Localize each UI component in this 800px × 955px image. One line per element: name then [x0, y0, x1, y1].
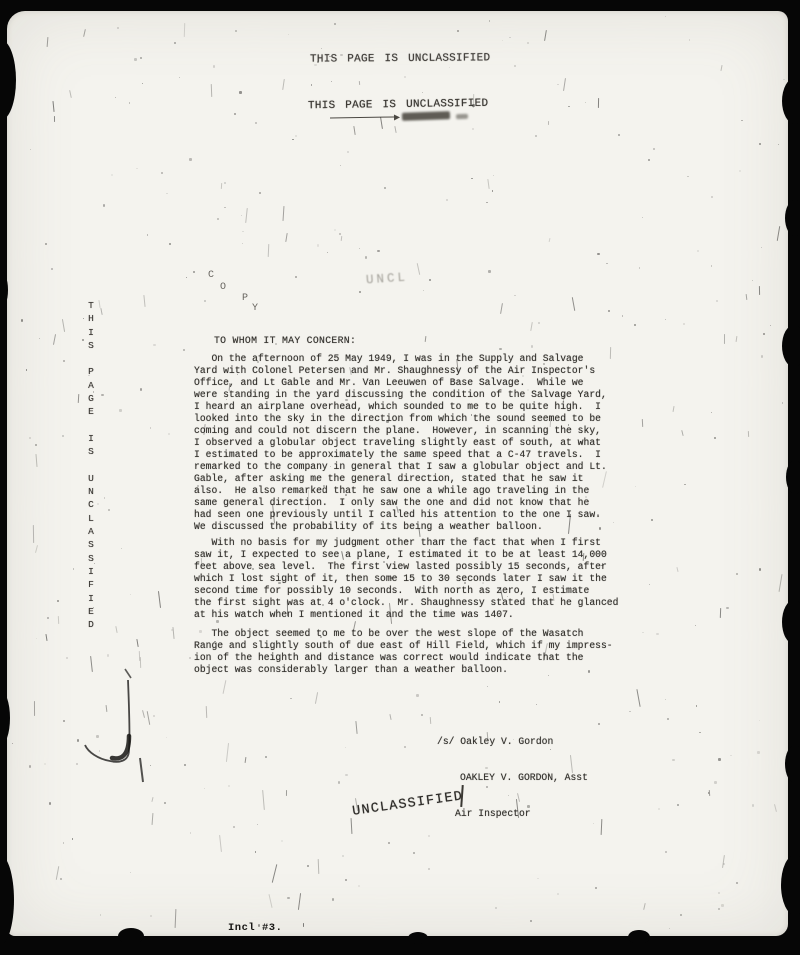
ink-smudge-small — [456, 114, 468, 119]
torn-edge-right — [782, 325, 800, 367]
paragraph-3: The object seemed to me to be over the w… — [194, 628, 613, 676]
torn-edge-bottom — [628, 930, 650, 944]
copy-marking: COPY — [208, 268, 278, 323]
signature-typed-name: OAKLEY V. GORDON, Asst — [460, 772, 588, 784]
signature-title: Air Inspector — [455, 808, 588, 820]
pen-crease-mark — [70, 650, 200, 810]
torn-edge-right — [785, 200, 800, 236]
torn-edge-right — [782, 600, 800, 644]
scanned-document-page: THIS PAGE IS UNCLASSIFIED THIS PAGE IS U… — [0, 0, 800, 955]
torn-edge-bottom — [118, 928, 144, 944]
salutation: TO WHOM IT MAY CONCERN: — [214, 335, 356, 346]
enclosure-note: Incl #3. — [228, 922, 282, 934]
ink-smudge — [402, 111, 450, 121]
classification-stamp-vertical: THISPAGEISUNCLASSIFIED — [85, 299, 97, 631]
signature-block: /s/ Oakley V. Gordon OAKLEY V. GORDON, A… — [437, 712, 588, 844]
classification-stamp-second: THIS PAGE IS UNCLASSIFIED — [308, 98, 488, 113]
torn-edge-bottom — [408, 932, 428, 944]
partial-unclassified-stamp: UNCL — [366, 271, 409, 288]
torn-edge-right — [786, 460, 800, 494]
classification-stamp-top: THIS PAGE IS UNCLASSIFIED — [310, 52, 490, 65]
torn-edge-right — [785, 745, 800, 783]
paragraph-1: On the afternoon of 25 May 1949, I was i… — [194, 353, 607, 533]
paragraph-2: With no basis for my judgment other than… — [194, 537, 618, 621]
signature-signed: /s/ Oakley V. Gordon — [437, 736, 588, 748]
